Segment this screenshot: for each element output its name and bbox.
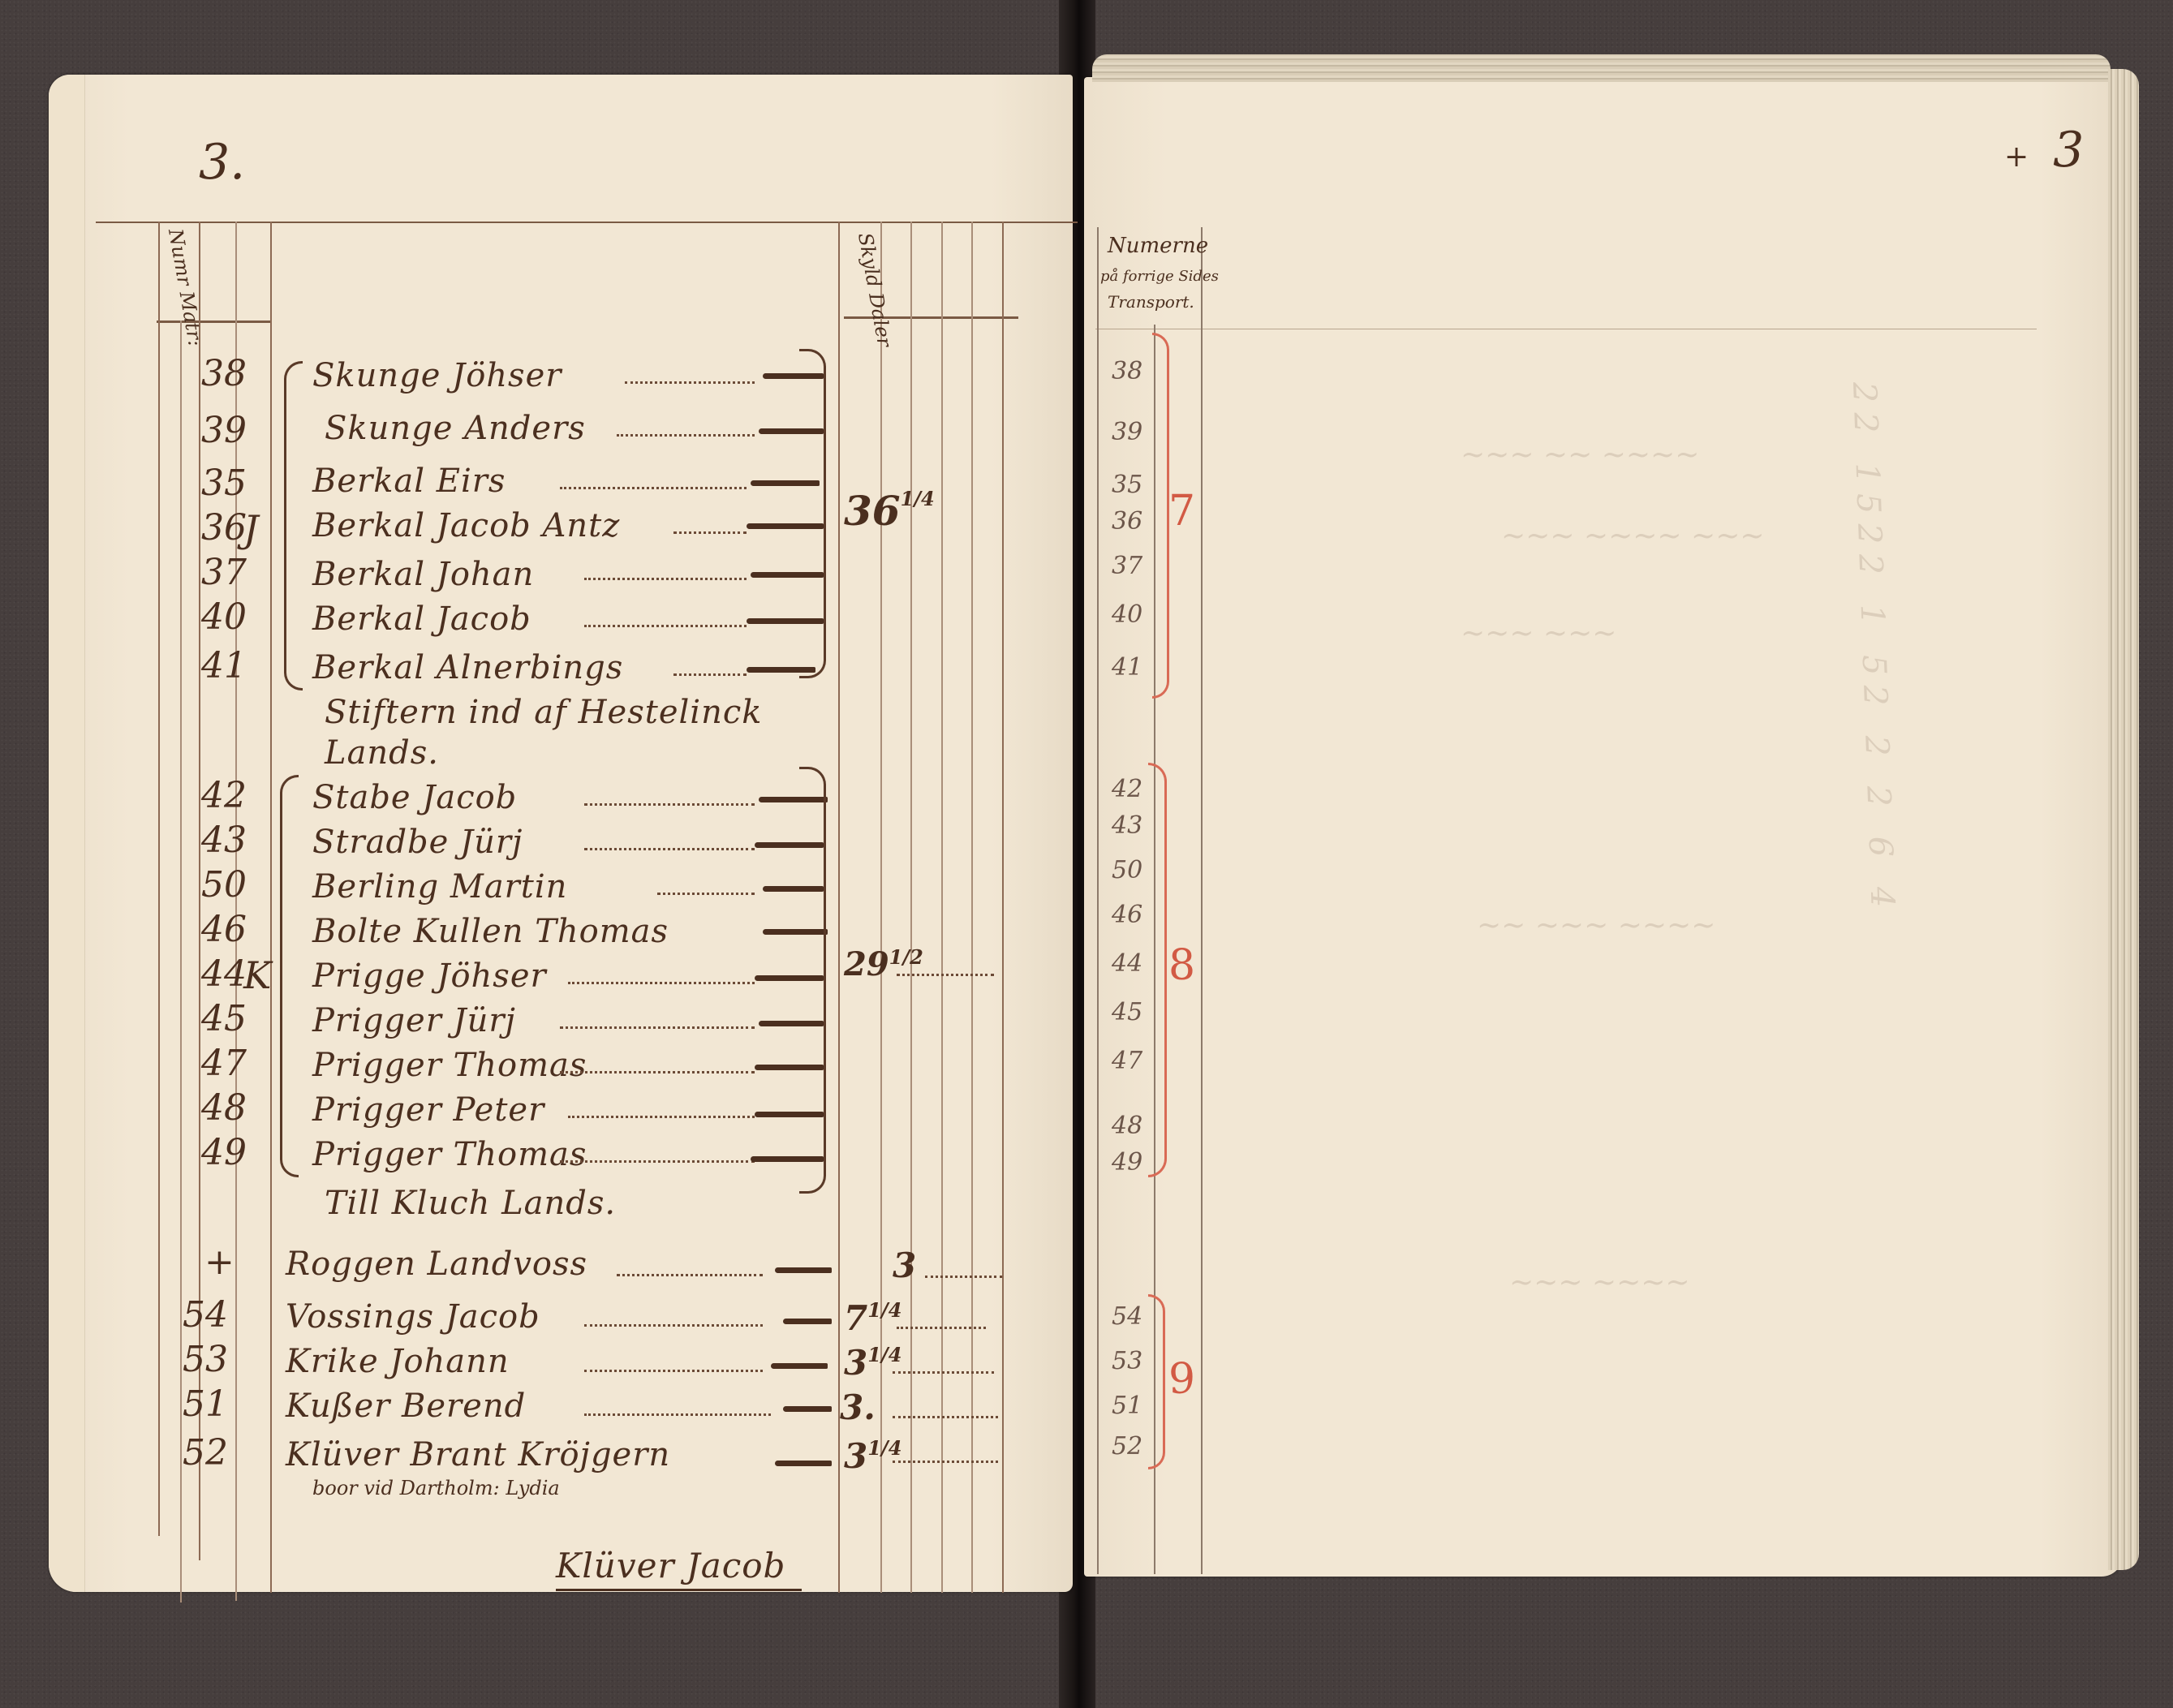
row-name: Vossings Jacob	[286, 1298, 540, 1336]
transport-number: 40	[1112, 600, 1142, 629]
row-number: 50	[201, 864, 247, 906]
tally-stroke	[783, 1406, 832, 1412]
leader-dots	[584, 1324, 763, 1327]
leader-dots	[584, 578, 747, 580]
transport-number: 38	[1112, 357, 1142, 385]
transport-number: 37	[1112, 552, 1142, 580]
row-name: Berkal Johan	[312, 556, 534, 593]
leader-dots	[560, 1160, 755, 1163]
leader-dots	[893, 1371, 994, 1374]
group-total: 291/2	[844, 945, 923, 983]
transport-number: 43	[1112, 811, 1142, 840]
column-rule	[1201, 227, 1203, 1574]
column-header: Numerne	[1108, 234, 1208, 258]
row-note: boor vid Dartholm: Lydia	[312, 1477, 560, 1499]
column-rule	[880, 222, 882, 1593]
tally-stroke	[775, 1267, 832, 1273]
row-number: 37	[201, 552, 247, 593]
transport-number: 44	[1112, 949, 1142, 978]
row-number: 42	[201, 775, 247, 816]
transport-number: 42	[1112, 775, 1142, 803]
column-rule	[1002, 222, 1004, 1593]
section-heading: Lands.	[325, 734, 439, 772]
row-number: 49	[201, 1132, 247, 1173]
leader-dots	[560, 1026, 755, 1029]
row-number: 36	[201, 507, 247, 549]
bleed-through-text: ~~~ ~~ ~~~~	[1461, 438, 1699, 471]
row-name: Prigge Jöhser	[312, 957, 547, 995]
sum-brace	[799, 767, 826, 1194]
leader-dots	[893, 1461, 998, 1463]
transport-number: 45	[1112, 998, 1142, 1026]
section-heading: Stiftern ind af Hestelinck	[325, 694, 762, 731]
page-number-left: 3.	[199, 134, 245, 191]
group-total: 361/4	[844, 487, 935, 535]
transport-number: 46	[1112, 901, 1142, 929]
tally-stroke	[771, 1363, 828, 1369]
page-stack-top-edge	[1092, 54, 2111, 82]
row-number: 53	[183, 1339, 228, 1380]
row-amount: 31/4	[844, 1343, 901, 1383]
table-top-rule	[96, 222, 1078, 223]
row-number: 47	[201, 1043, 247, 1084]
leader-dots	[617, 434, 755, 437]
row-name: Berling Martin	[312, 868, 567, 906]
transport-number: 47	[1112, 1047, 1142, 1075]
red-group-total: 7	[1168, 487, 1195, 536]
row-number: 48	[201, 1087, 247, 1129]
row-number: 40	[201, 596, 247, 638]
page-mark: +	[2004, 140, 2029, 174]
row-name: Skunge Jöhser	[312, 357, 562, 394]
transport-number: 54	[1112, 1302, 1142, 1331]
page-edge	[49, 75, 85, 1592]
row-name: Bolte Kullen Thomas	[312, 913, 669, 950]
row-number: 46	[201, 909, 247, 950]
row-name: Prigger Peter	[312, 1091, 544, 1129]
column-rule	[910, 222, 912, 1593]
row-name: Klüver Brant Kröjgern	[286, 1436, 670, 1474]
transport-number: 48	[1112, 1112, 1142, 1140]
column-rule	[971, 222, 973, 1593]
row-name: Stabe Jacob	[312, 779, 517, 816]
leader-dots	[560, 1071, 755, 1073]
row-number: +	[204, 1241, 235, 1283]
leader-dots	[584, 848, 755, 850]
red-group-total: 8	[1168, 941, 1195, 990]
row-name: Roggen Landvoss	[286, 1246, 587, 1283]
row-name: Krike Johann	[286, 1343, 510, 1380]
transport-number: 51	[1112, 1392, 1142, 1420]
leader-dots	[897, 974, 994, 976]
row-name: Stradbe Jürj	[312, 824, 523, 861]
page-stack-side-edge	[2108, 69, 2139, 1570]
row-amount: 31/4	[844, 1436, 901, 1476]
row-name: Berkal Jacob Antz	[312, 507, 620, 544]
bleed-through-text: ~~~ ~~~	[1461, 617, 1616, 650]
leader-dots	[584, 803, 755, 806]
leader-dots	[584, 1413, 771, 1416]
transport-number: 49	[1112, 1148, 1142, 1177]
leader-dots	[568, 982, 755, 984]
signature: Klüver Jacob	[556, 1546, 802, 1591]
leader-dots	[673, 673, 747, 676]
bleed-through-text: ~~~ ~~~~ ~~~	[1501, 519, 1765, 553]
group-letter: J	[243, 507, 258, 551]
transport-number: 50	[1112, 856, 1142, 884]
row-number: 52	[183, 1432, 228, 1474]
leader-dots	[657, 893, 755, 895]
red-brace	[1148, 763, 1167, 1177]
transport-number: 35	[1112, 471, 1142, 499]
transport-number: 52	[1112, 1432, 1142, 1461]
transport-number: 39	[1112, 418, 1142, 446]
header-rule	[1095, 329, 2037, 329]
row-number: 54	[183, 1294, 228, 1336]
transport-number: 36	[1112, 507, 1142, 536]
row-number: 39	[201, 410, 247, 451]
row-amount: 71/4	[844, 1298, 901, 1338]
transport-number: 41	[1112, 653, 1142, 682]
row-amount: 3.	[840, 1387, 876, 1427]
tally-stroke	[783, 1319, 832, 1324]
row-number: 35	[201, 462, 247, 504]
leader-dots	[584, 1370, 763, 1372]
red-brace	[1152, 333, 1169, 699]
leader-dots	[560, 487, 747, 489]
column-rule	[270, 222, 272, 1593]
leader-dots	[617, 1274, 763, 1276]
right-page	[1084, 77, 2123, 1577]
row-name: Prigger Thomas	[312, 1047, 587, 1084]
leader-dots	[625, 381, 755, 384]
red-group-total: 9	[1168, 1355, 1195, 1404]
row-name: Berkal Jacob	[312, 600, 531, 638]
column-header: Transport.	[1108, 292, 1194, 312]
row-name: Berkal Alnerbings	[312, 649, 623, 686]
leader-dots	[673, 531, 747, 534]
column-rule	[180, 321, 182, 1603]
page-number-right: +3	[2004, 122, 2084, 179]
row-name: Skunge Anders	[325, 410, 586, 447]
row-number: 41	[201, 645, 247, 686]
bleed-through-text: ~~ ~~~ ~~~~	[1477, 909, 1715, 942]
row-name: Prigger Jürj	[312, 1002, 516, 1039]
row-number: 45	[201, 998, 247, 1039]
row-number: 43	[201, 820, 247, 861]
bleed-through-text: ~~~ ~~~~	[1509, 1266, 1690, 1299]
column-header: på forrige Sides	[1100, 268, 1219, 285]
leader-dots	[897, 1327, 986, 1329]
leader-dots	[925, 1276, 1002, 1278]
leader-dots	[893, 1416, 998, 1418]
group-letter: K	[243, 953, 271, 997]
column-rule	[1097, 227, 1099, 1574]
header-bottom-rule	[157, 321, 270, 323]
column-rule	[941, 222, 943, 1593]
tally-stroke	[775, 1461, 832, 1466]
row-number: 38	[201, 353, 247, 394]
column-rule	[158, 222, 160, 1536]
row-name: Berkal Eirs	[312, 462, 506, 500]
row-name: Prigger Thomas	[312, 1136, 587, 1173]
sum-brace	[799, 349, 826, 678]
section-heading: Till Kluch Lands.	[325, 1185, 616, 1222]
row-number: 44	[201, 953, 247, 995]
leader-dots	[568, 1116, 755, 1118]
row-number: 51	[183, 1383, 228, 1425]
red-brace	[1148, 1294, 1165, 1469]
row-name: Kußer Berend	[286, 1387, 526, 1425]
transport-number: 53	[1112, 1347, 1142, 1375]
row-amount: 3	[893, 1246, 916, 1285]
leader-dots	[584, 625, 747, 627]
name-group-brace	[284, 361, 303, 691]
name-group-brace	[280, 775, 299, 1177]
